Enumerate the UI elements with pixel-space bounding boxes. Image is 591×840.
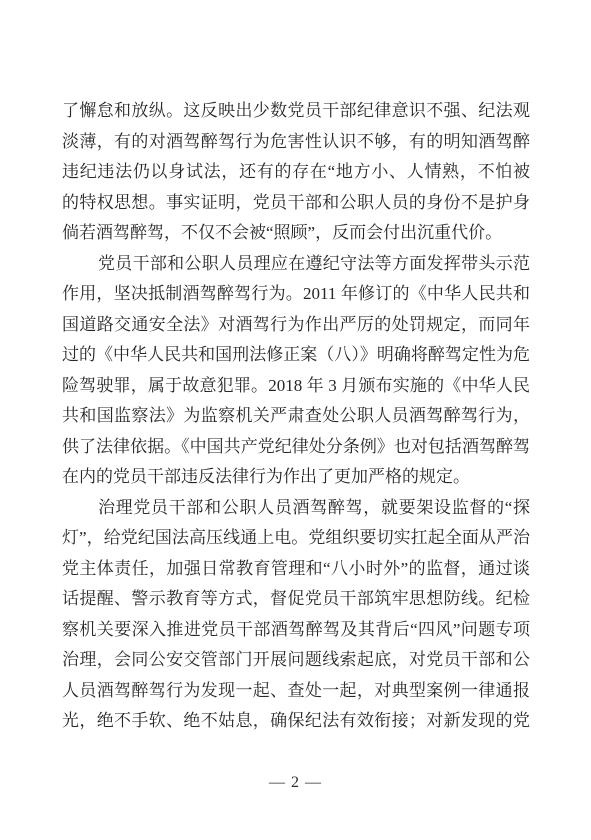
text-line: 灯”，给党纪国法高压线通上电。党组织要切实扛起全面从严治 — [62, 523, 530, 554]
document-body: 了懈怠和放纵。这反映出少数党员干部纪律意识不强、纪法观念淡薄，有的对酒驾醉驾行为… — [62, 96, 530, 737]
text-line: 了懈怠和放纵。这反映出少数党员干部纪律意识不强、纪法观念 — [62, 96, 530, 127]
text-line: 话提醒、警示教育等方式，督促党员干部筑牢思想防线。纪检监 — [62, 584, 530, 615]
text-line: 共和国监察法》为监察机关严肃查处公职人员酒驾醉驾行为，提 — [62, 401, 530, 432]
text-line: 治理，会同公安交管部门开展问题线索起底，对党员干部和公职 — [62, 645, 530, 676]
text-line: 国道路交通安全法》对酒驾行为作出严厉的处罚规定，而同年通 — [62, 310, 530, 341]
text-line: 过的《中华人民共和国刑法修正案（八）》明确将醉驾定性为危 — [62, 340, 530, 371]
text-line: 党主体责任，加强日常教育管理和“八小时外”的监督，通过谈 — [62, 554, 530, 585]
text-line: 倘若酒驾醉驾，不仅不会被“照顾”，反而会付出沉重代价。 — [62, 218, 530, 249]
text-line: 淡薄，有的对酒驾醉驾行为危害性认识不够，有的明知酒驾醉驾 — [62, 127, 530, 158]
text-line: 治理党员干部和公职人员酒驾醉驾，就要架设监督的“探照 — [62, 493, 530, 524]
text-line: 供了法律依据。《中国共产党纪律处分条例》也对包括酒驾醉驾 — [62, 432, 530, 463]
text-line: 违纪违法仍以身试法，还有的存在“地方小、人情熟，不怕被抓” — [62, 157, 530, 188]
text-line: 察机关要深入推进党员干部酒驾醉驾及其背后“四风”问题专项 — [62, 615, 530, 646]
text-line: 光，绝不手软、绝不姑息，确保纪法有效衔接；对新发现的党员 — [62, 706, 530, 737]
text-line: 人员酒驾醉驾行为发现一起、查处一起，对典型案例一律通报曝 — [62, 676, 530, 707]
text-line: 在内的党员干部违反法律行为作出了更加严格的规定。 — [62, 462, 530, 493]
document-page: 了懈怠和放纵。这反映出少数党员干部纪律意识不强、纪法观念淡薄，有的对酒驾醉驾行为… — [0, 0, 591, 840]
text-line: 作用，坚决抵制酒驾醉驾行为。2011 年修订的《中华人民共和 — [62, 279, 530, 310]
page-number: — 2 — — [0, 774, 591, 792]
text-line: 的特权思想。事实证明，党员干部和公职人员的身份不是护身符， — [62, 188, 530, 219]
text-line: 险驾驶罪，属于故意犯罪。2018 年 3 月颁布实施的《中华人民 — [62, 371, 530, 402]
text-line: 党员干部和公职人员理应在遵纪守法等方面发挥带头示范 — [62, 249, 530, 280]
